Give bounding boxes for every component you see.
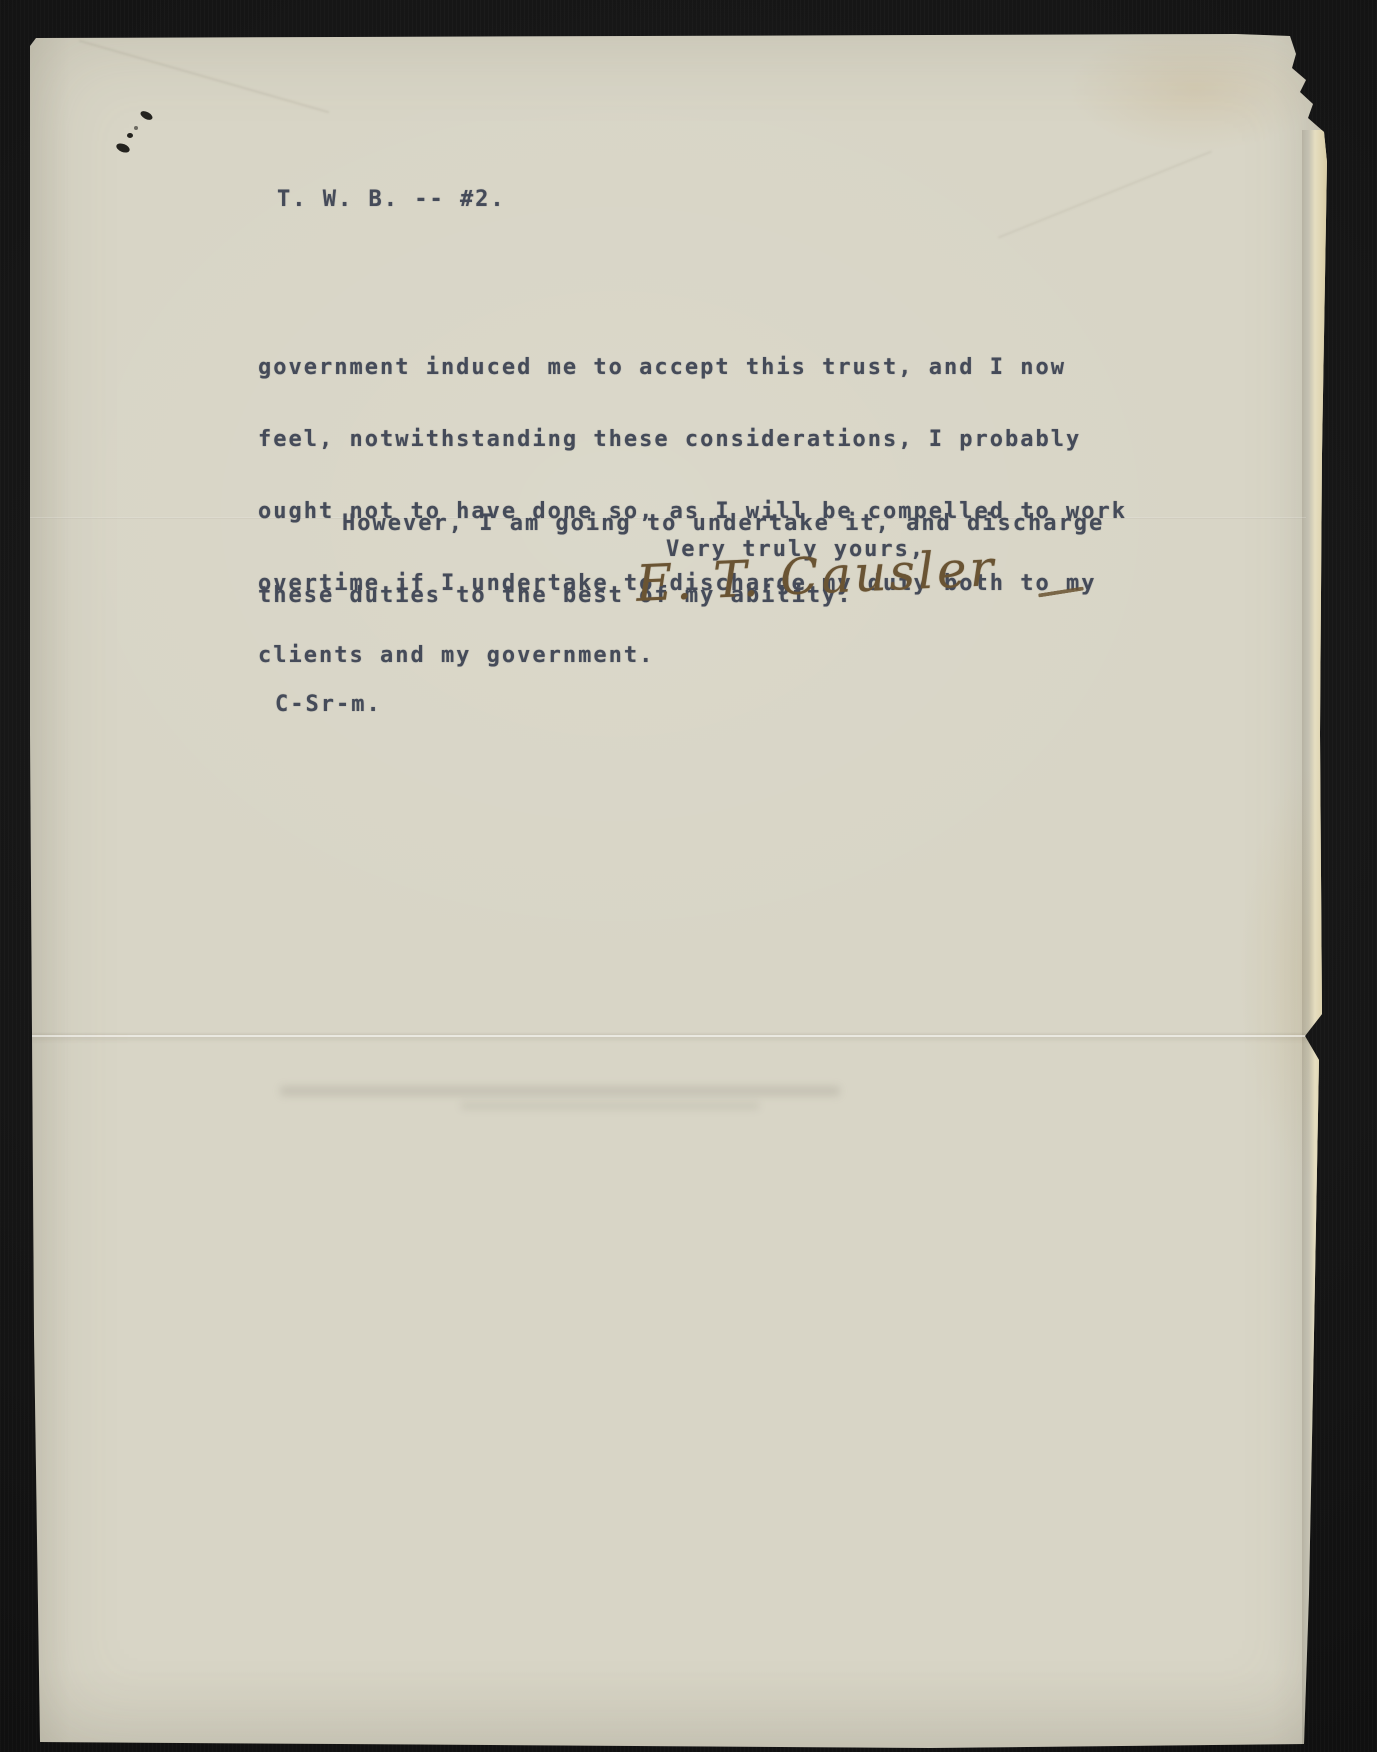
letter-line: feel, notwithstanding these consideratio…: [258, 428, 1127, 452]
letter-line: government induced me to accept this tru…: [258, 356, 1127, 380]
corner-crease-top-left: [79, 40, 329, 113]
letter-page: T. W. B. -- #2. government induced me to…: [30, 34, 1332, 1748]
ink-blot: [139, 109, 154, 121]
ink-showthrough-smudge: [460, 1102, 760, 1110]
typist-reference-notation: C-Sr-m.: [275, 693, 382, 717]
page-header-notation: T. W. B. -- #2.: [277, 188, 506, 212]
fold-crease-lower: [30, 1035, 1332, 1037]
ink-blot: [115, 142, 131, 155]
ink-showthrough-smudge: [280, 1086, 840, 1096]
underlying-page-edge: [1302, 130, 1332, 1748]
ink-blot: [127, 133, 133, 138]
scan-background: T. W. B. -- #2. government induced me to…: [0, 0, 1377, 1752]
corner-crease-top-right: [998, 151, 1212, 238]
letter-line: However, I am going to undertake it, and…: [342, 512, 1104, 536]
ink-blot: [134, 126, 138, 130]
